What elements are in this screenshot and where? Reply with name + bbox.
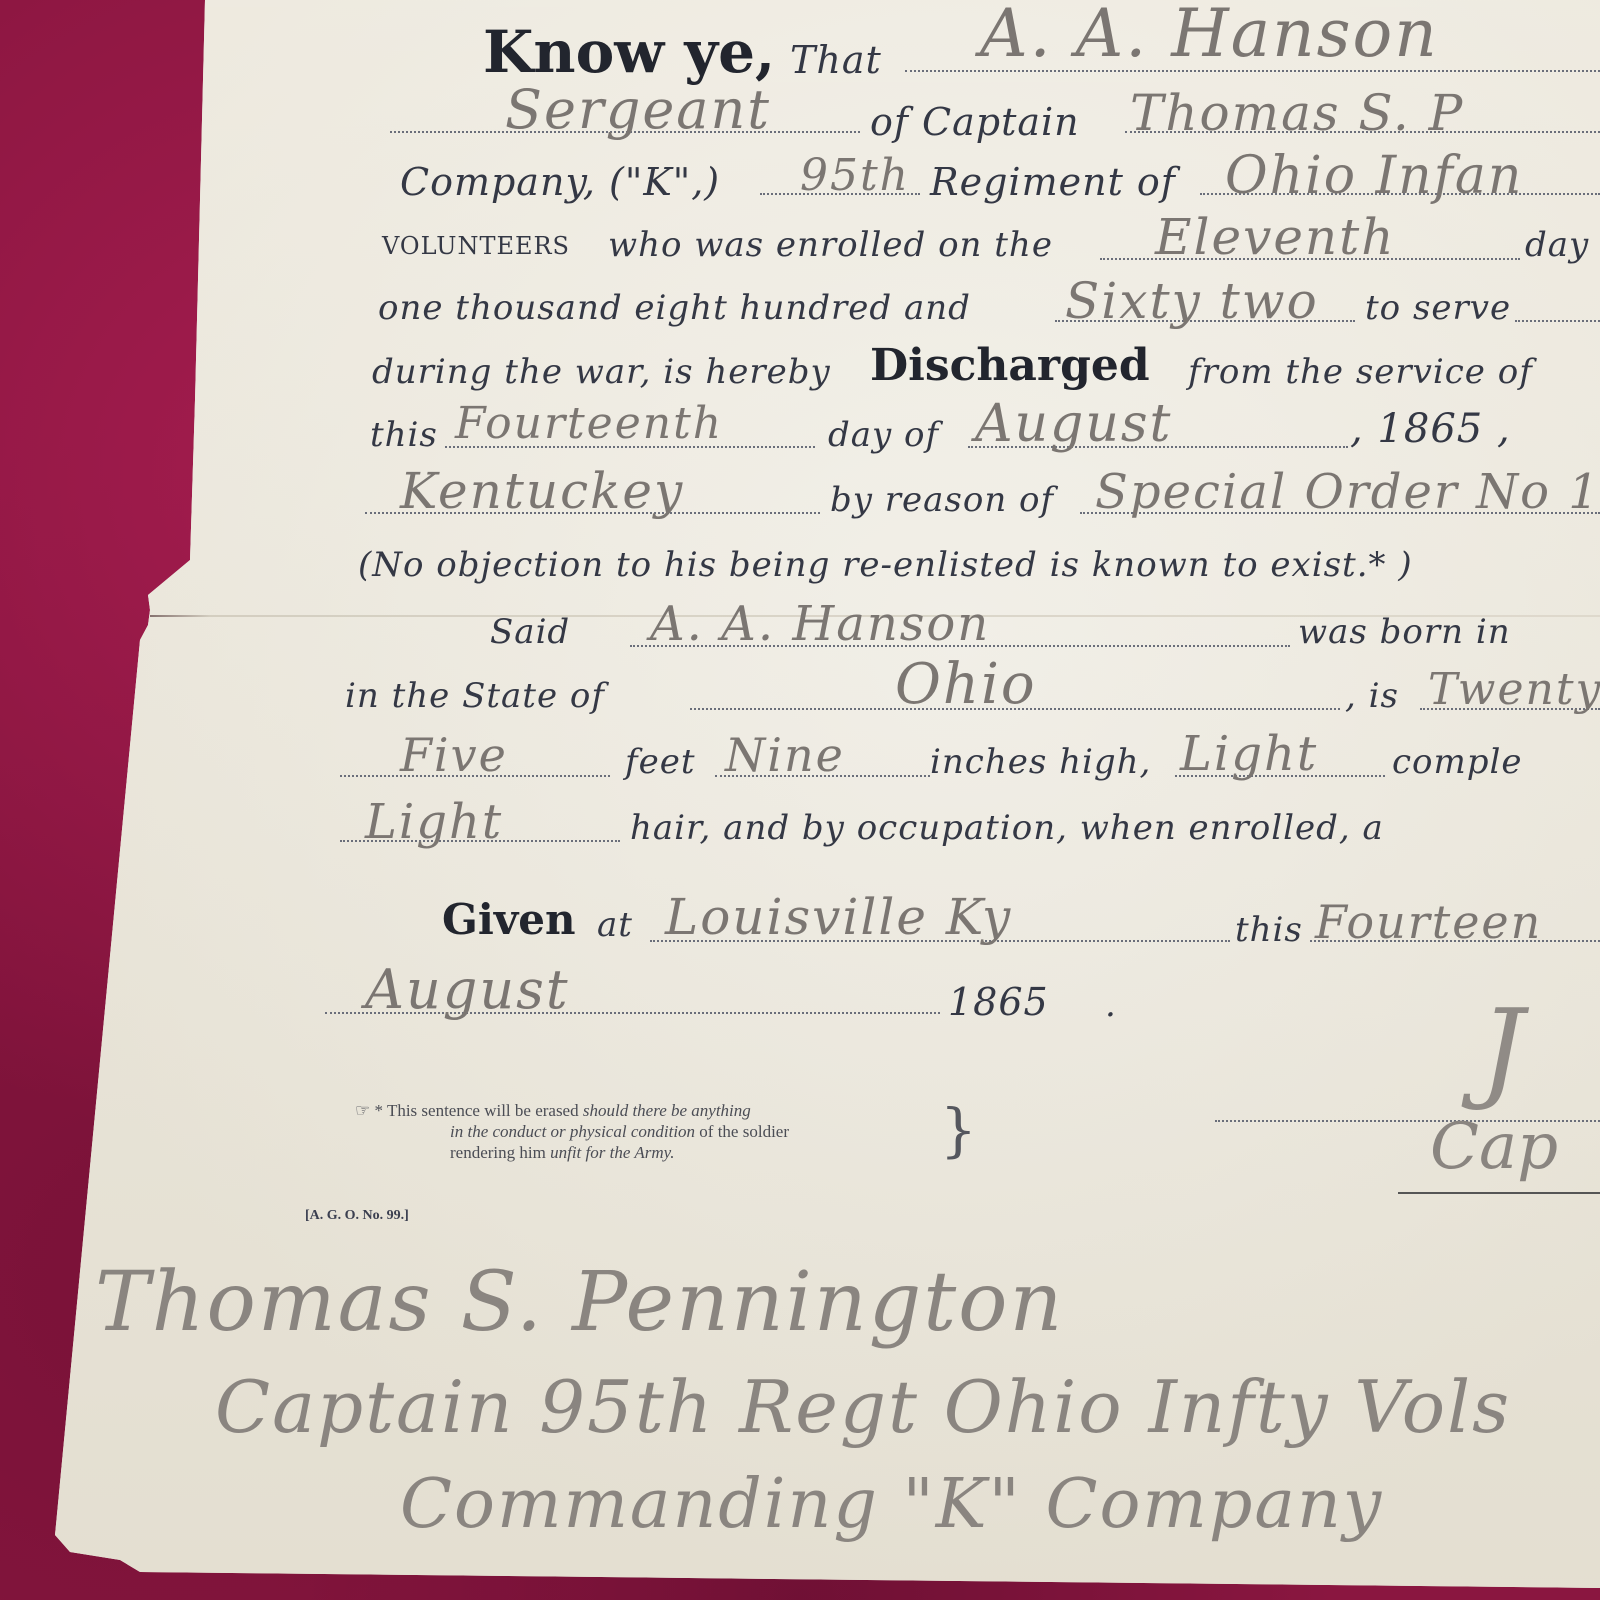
- enroll-year: Sixty two: [1065, 272, 1319, 330]
- soldier-name: A. A. Hanson: [980, 0, 1439, 72]
- footnote-brace: }: [940, 1100, 977, 1160]
- captain-name: Thomas S. P: [1130, 84, 1464, 142]
- regiment-number: 95th: [800, 150, 910, 201]
- hair-color: Light: [365, 794, 503, 850]
- birth-state: Ohio: [895, 652, 1037, 717]
- printed-enrolled: who was enrolled on the: [608, 225, 1053, 265]
- printed-day: day: [1525, 225, 1589, 265]
- printed-of-captain: of Captain: [870, 100, 1080, 144]
- given-year: 1865: [948, 980, 1049, 1024]
- printed-inches-high: inches high,: [930, 742, 1151, 782]
- know-ye-heading: Know ye,: [483, 18, 775, 86]
- captain-signature-command: Commanding "K" Company: [400, 1465, 1383, 1544]
- printed-born-in: was born in: [1298, 612, 1511, 652]
- form-number: [A. G. O. No. 99.]: [305, 1208, 409, 1224]
- printed-to-serve: to serve: [1365, 288, 1511, 328]
- discharge-day: Fourteenth: [455, 398, 723, 449]
- discharged-heading: Discharged: [870, 340, 1150, 391]
- term-field-line: [1515, 320, 1600, 322]
- printed-this-given: this: [1235, 910, 1303, 950]
- unit-name: Ohio Infan: [1225, 146, 1523, 206]
- given-day: Fourteen: [1315, 895, 1542, 949]
- signature-line-lower: [1398, 1192, 1600, 1194]
- discharge-place: Kentuckey: [400, 462, 684, 520]
- printed-given: Given: [442, 895, 576, 944]
- soldier-rank: Sergeant: [505, 78, 771, 141]
- printed-that: That: [790, 38, 882, 82]
- enroll-day: Eleventh: [1155, 208, 1395, 266]
- printed-at: at: [597, 905, 633, 945]
- printed-volunteers: VOLUNTEERS: [382, 232, 570, 260]
- printed-during-war: during the war, is hereby: [372, 352, 831, 392]
- given-month: August: [365, 958, 570, 1021]
- printed-by-reason: by reason of: [830, 480, 1054, 520]
- age: Twenty: [1428, 664, 1600, 715]
- given-place: Louisville Ky: [665, 888, 1012, 946]
- printed-company: Company, ("K",): [400, 160, 720, 204]
- height-feet: Five: [400, 728, 508, 782]
- captain-signature-name: Thomas S. Pennington: [95, 1255, 1064, 1350]
- printed-regiment-of: Regiment of: [930, 160, 1176, 204]
- pointing-hand-icon: ☞ *: [355, 1101, 383, 1120]
- printed-this: this: [370, 415, 438, 455]
- printed-is: , is: [1345, 676, 1399, 716]
- discharge-reason: Special Order No 1: [1095, 464, 1600, 520]
- discharge-month: August: [975, 394, 1172, 454]
- printed-hair-occupation: hair, and by occupation, when enrolled, …: [630, 808, 1384, 848]
- height-inches: Nine: [725, 728, 845, 782]
- right-signature-flourish: J: [1480, 985, 1524, 1113]
- reenlist-note: (No objection to his being re-enlisted i…: [358, 545, 1413, 585]
- printed-day-of: day of: [828, 415, 939, 455]
- captain-signature-title: Captain 95th Regt Ohio Infty Vols: [215, 1365, 1511, 1449]
- given-dot: .: [1105, 985, 1117, 1025]
- printed-state-of: in the State of: [345, 676, 605, 716]
- printed-said: Said: [490, 612, 570, 652]
- complexion: Light: [1180, 726, 1318, 782]
- printed-feet: feet: [625, 742, 696, 782]
- right-signature-partial: Cap: [1430, 1110, 1558, 1184]
- said-name: A. A. Hanson: [650, 596, 990, 652]
- printed-year-words: one thousand eight hundred and: [378, 288, 971, 328]
- printed-complexion: comple: [1392, 742, 1523, 782]
- printed-1865: , 1865 ,: [1350, 406, 1511, 452]
- printed-from-service: from the service of: [1188, 352, 1533, 392]
- footnote: ☞ * This sentence will be erased should …: [355, 1100, 789, 1163]
